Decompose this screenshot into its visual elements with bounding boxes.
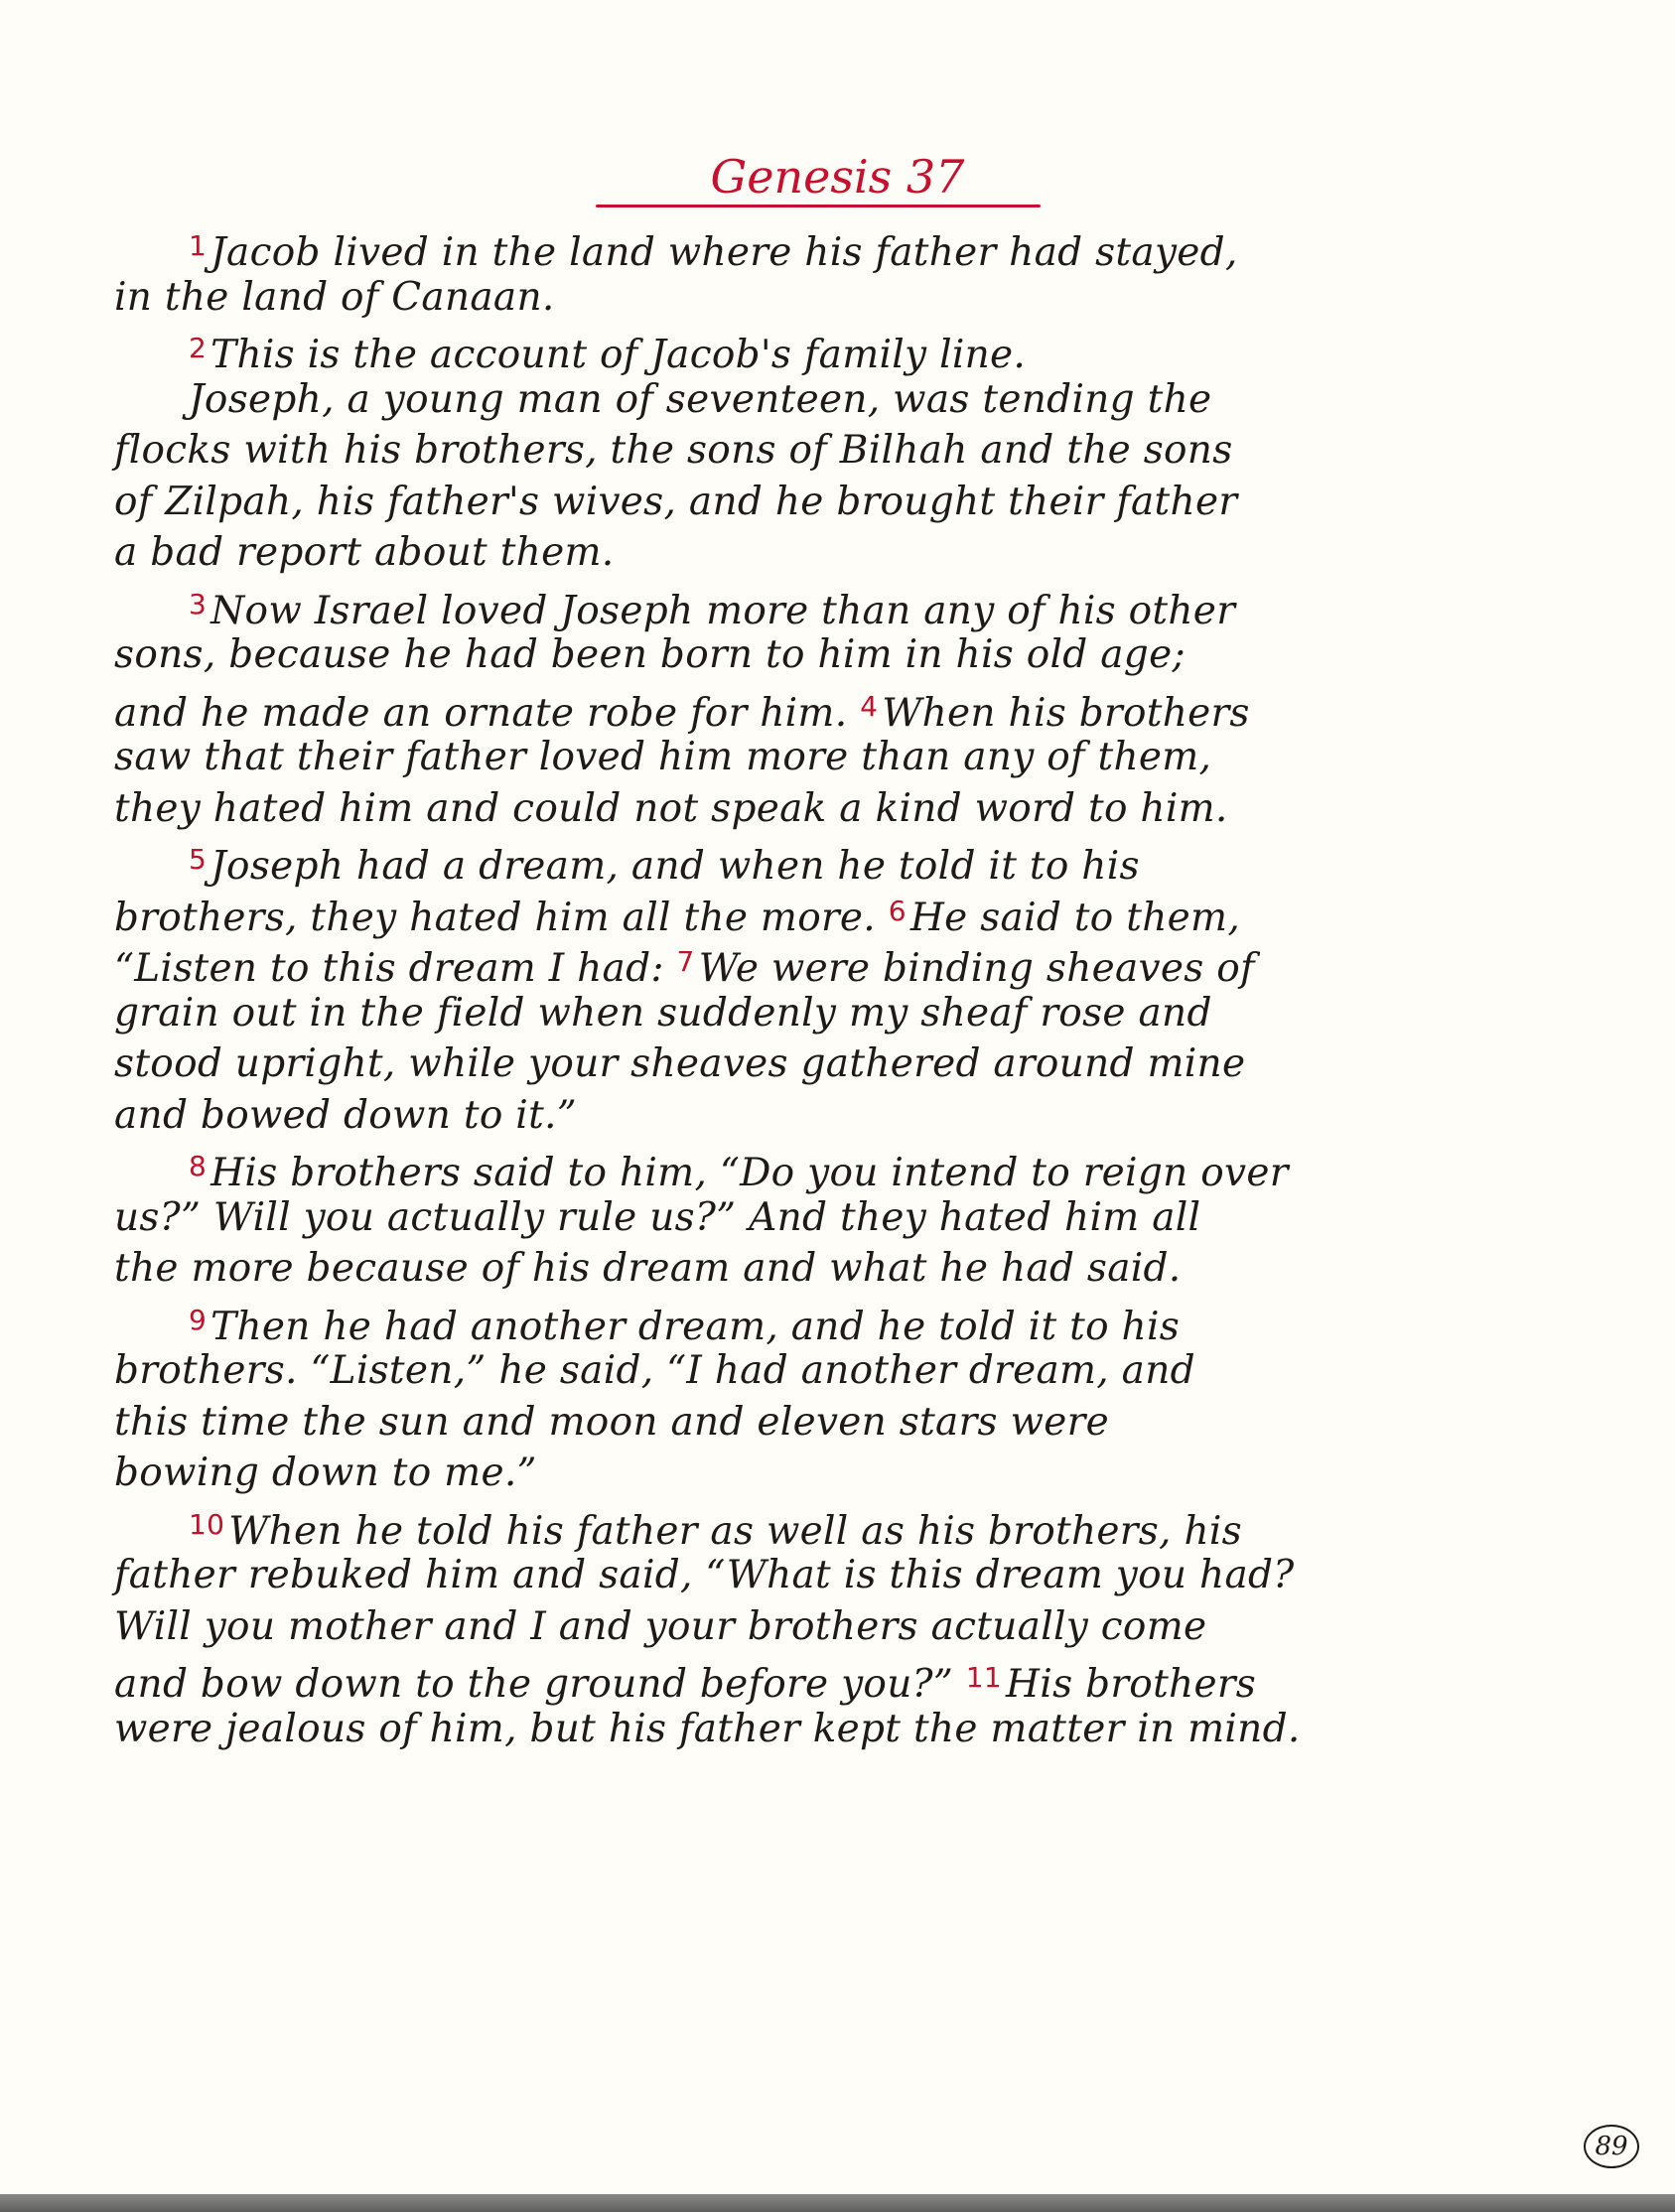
text-line: 8His brothers said to him, “Do you inten… bbox=[114, 1141, 1584, 1192]
line-text: Joseph, a young man of seventeen, was te… bbox=[189, 377, 1211, 422]
verse-number: 1 bbox=[189, 229, 207, 262]
line-text: and bowed down to it.” bbox=[114, 1093, 577, 1138]
text-line: brothers, they hated him all the more. 6… bbox=[114, 886, 1584, 937]
text-line: 2This is the account of Jacob's family l… bbox=[114, 323, 1584, 374]
line-text: When his brothers bbox=[882, 691, 1250, 736]
text-line: 10When he told his father as well as his… bbox=[114, 1499, 1584, 1551]
line-text: This is the account of Jacob's family li… bbox=[210, 333, 1026, 377]
text-line: Joseph, a young man of seventeen, was te… bbox=[114, 374, 1584, 426]
line-text: father rebuked him and said, “What is th… bbox=[114, 1553, 1294, 1597]
text-line: in the land of Canaan. bbox=[114, 272, 1584, 324]
verse-number: 5 bbox=[189, 843, 207, 876]
text-line: “Listen to this dream I had: 7We were bi… bbox=[114, 936, 1584, 988]
verse-number: 7 bbox=[677, 945, 695, 978]
line-text: stood upright, while your sheaves gather… bbox=[114, 1041, 1245, 1086]
verse-number: 11 bbox=[966, 1661, 1002, 1694]
title-underline bbox=[596, 205, 1041, 207]
line-text: saw that their father loved him more tha… bbox=[114, 735, 1211, 779]
line-text: and he made an ornate robe for him. bbox=[114, 691, 847, 736]
text-line: stood upright, while your sheaves gather… bbox=[114, 1038, 1584, 1090]
line-text: this time the sun and moon and eleven st… bbox=[114, 1400, 1109, 1445]
text-line: sons, because he had been born to him in… bbox=[114, 629, 1584, 681]
text-line: father rebuked him and said, “What is th… bbox=[114, 1550, 1584, 1601]
line-text: His brothers said to him, “Do you intend… bbox=[210, 1151, 1289, 1195]
handwritten-page: Genesis 37 1Jacob lived in the land wher… bbox=[0, 0, 1675, 2194]
line-text: Jacob lived in the land where his father… bbox=[210, 230, 1238, 275]
verse-number: 6 bbox=[889, 895, 907, 927]
text-line: bowing down to me.” bbox=[114, 1448, 1584, 1499]
line-text: bowing down to me.” bbox=[114, 1451, 537, 1495]
line-text: His brothers bbox=[1006, 1662, 1256, 1707]
text-line: Will you mother and I and your brothers … bbox=[114, 1601, 1584, 1653]
line-text: the more because of his dream and what h… bbox=[114, 1246, 1182, 1291]
page-title: Genesis 37 bbox=[711, 149, 965, 205]
verse-number: 3 bbox=[189, 588, 207, 621]
text-line: us?” Will you actually rule us?” And the… bbox=[114, 1192, 1584, 1244]
line-text: brothers, they hated him all the more. bbox=[114, 896, 876, 940]
scripture-text-body: 1Jacob lived in the land where his fathe… bbox=[114, 220, 1584, 1754]
text-line: a bad report about them. bbox=[114, 527, 1584, 579]
text-line: and bowed down to it.” bbox=[114, 1090, 1584, 1142]
text-line: 1Jacob lived in the land where his fathe… bbox=[114, 220, 1584, 272]
verse-number: 2 bbox=[189, 332, 207, 364]
line-text: were jealous of him, but his father kept… bbox=[114, 1707, 1301, 1751]
line-text: brothers. “Listen,” he said, “I had anot… bbox=[114, 1348, 1195, 1393]
text-line: were jealous of him, but his father kept… bbox=[114, 1704, 1584, 1755]
page-number-circled: 89 bbox=[1584, 2125, 1639, 2168]
line-text: and bow down to the ground before you?” bbox=[114, 1662, 953, 1707]
text-line: 5Joseph had a dream, and when he told it… bbox=[114, 834, 1584, 886]
line-text: in the land of Canaan. bbox=[114, 275, 555, 320]
line-text: grain out in the field when suddenly my … bbox=[114, 991, 1212, 1036]
line-text: they hated him and could not speak a kin… bbox=[114, 786, 1228, 831]
line-text: Will you mother and I and your brothers … bbox=[114, 1604, 1206, 1649]
text-line: the more because of his dream and what h… bbox=[114, 1243, 1584, 1295]
text-line: this time the sun and moon and eleven st… bbox=[114, 1397, 1584, 1449]
line-text: He said to them, bbox=[910, 896, 1240, 940]
line-text: We were binding sheaves of bbox=[699, 946, 1255, 991]
verse-number: 10 bbox=[189, 1508, 224, 1541]
line-text: “Listen to this dream I had: bbox=[114, 946, 664, 991]
text-line: flocks with his brothers, the sons of Bi… bbox=[114, 425, 1584, 477]
text-line: and bow down to the ground before you?” … bbox=[114, 1652, 1584, 1704]
line-text: Joseph had a dream, and when he told it … bbox=[210, 844, 1140, 889]
line-text: us?” Will you actually rule us?” And the… bbox=[114, 1195, 1200, 1240]
text-line: and he made an ornate robe for him. 4Whe… bbox=[114, 681, 1584, 733]
line-text: Then he had another dream, and he told i… bbox=[210, 1305, 1180, 1349]
text-line: they hated him and could not speak a kin… bbox=[114, 783, 1584, 835]
line-text: of Zilpah, his father's wives, and he br… bbox=[114, 480, 1237, 524]
verse-number: 4 bbox=[860, 690, 878, 723]
verse-number: 9 bbox=[189, 1304, 207, 1336]
line-text: sons, because he had been born to him in… bbox=[114, 632, 1186, 677]
line-text: flocks with his brothers, the sons of Bi… bbox=[114, 428, 1233, 473]
line-text: When he told his father as well as his b… bbox=[228, 1509, 1242, 1554]
text-line: saw that their father loved him more tha… bbox=[114, 732, 1584, 783]
line-text: a bad report about them. bbox=[114, 530, 614, 575]
page-title-wrap: Genesis 37 bbox=[0, 149, 1675, 205]
text-line: brothers. “Listen,” he said, “I had anot… bbox=[114, 1345, 1584, 1397]
text-line: 3Now Israel loved Joseph more than any o… bbox=[114, 579, 1584, 630]
text-line: of Zilpah, his father's wives, and he br… bbox=[114, 477, 1584, 528]
text-line: 9Then he had another dream, and he told … bbox=[114, 1295, 1584, 1346]
verse-number: 8 bbox=[189, 1150, 207, 1182]
text-line: grain out in the field when suddenly my … bbox=[114, 988, 1584, 1039]
line-text: Now Israel loved Joseph more than any of… bbox=[210, 589, 1235, 633]
page-bottom-edge bbox=[0, 2194, 1675, 2212]
